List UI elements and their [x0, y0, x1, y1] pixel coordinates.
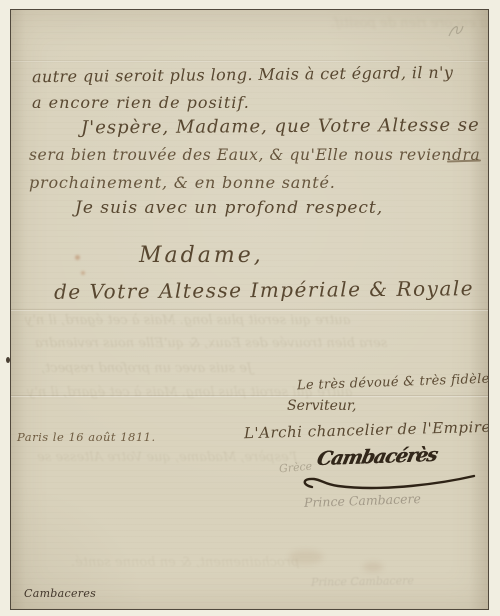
letter-dateline: Paris le 16 août 1811.	[17, 431, 156, 444]
pencil-annotation-lower: Prince Cambacere	[304, 492, 421, 510]
letter-body-line-4: sera bien trouvée des Eaux, & qu'Elle no…	[29, 147, 480, 164]
ink-bleedthrough: J'espère, Madame, que Votre Altesse se	[37, 450, 298, 465]
paper-stain	[289, 550, 323, 564]
pencil-squiggle-icon	[445, 16, 467, 42]
letter-paper: a encore rien de positif. autre qui sero…	[11, 10, 488, 609]
paper-stain	[81, 271, 85, 275]
ink-bleedthrough: prochainement, & en bonne santé.	[71, 555, 299, 570]
paper-stain	[363, 562, 383, 572]
letter-body-line-5: prochainement, & en bonne santé.	[29, 174, 336, 192]
mount-inscription: Cambaceres	[24, 588, 96, 600]
pencil-smudge-bottom: Prince Cambacere	[311, 574, 414, 589]
letter-body-line-3: J'espère, Madame, que Votre Altesse se	[81, 116, 480, 139]
letter-body-line-2: a encore rien de positif.	[32, 94, 250, 112]
ink-speck	[6, 357, 10, 363]
paper-stain	[75, 255, 80, 260]
ink-bleedthrough: autre qui seroit plus long. Mais à cet é…	[25, 313, 350, 328]
signature-cambaceres: Cambacérès	[315, 445, 439, 470]
letter-body-line-6: Je suis avec un profond respect,	[75, 199, 383, 218]
closing-serviteur-line: Serviteur,	[287, 399, 357, 414]
letter-salutation: Madame,	[139, 244, 264, 268]
ink-bleedthrough: Je suis avec un profond respect,	[41, 361, 252, 376]
ink-bleedthrough: sera bien trouvée des Eaux, & qu'Elle no…	[35, 336, 387, 351]
fold-crease-middle	[11, 309, 488, 312]
letter-subscription: de Votre Altesse Impériale & Royale	[54, 277, 474, 303]
letter-photograph: a encore rien de positif. autre qui sero…	[0, 0, 500, 616]
closing-title-line: L'Archi chancelier de l'Empire	[244, 419, 488, 442]
letter-body-line-1: autre qui seroit plus long. Mais à cet é…	[32, 64, 454, 86]
closing-devotion-line: Le très dévoué & très fidèle	[297, 373, 488, 394]
